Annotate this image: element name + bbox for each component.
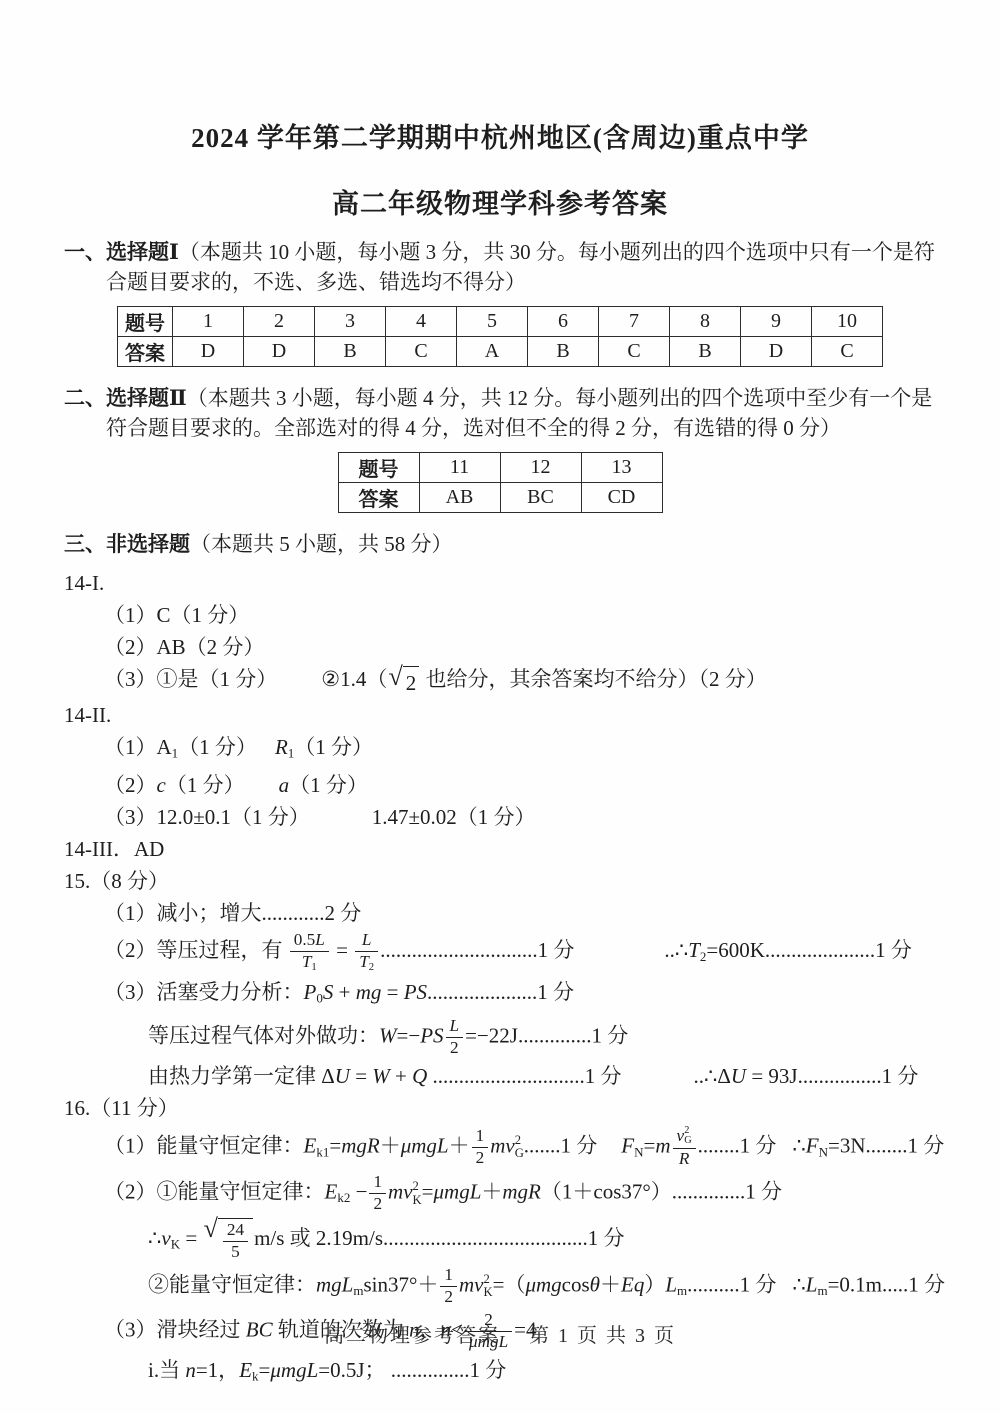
math-variable: F <box>806 1133 819 1157</box>
text-run: 2 <box>476 1148 485 1167</box>
math-variable: W <box>379 1023 397 1047</box>
text-run: 15.（8 分） <box>64 869 169 893</box>
line-16: 16.（11 分） <box>64 1094 936 1122</box>
square-root: √2 <box>388 666 419 697</box>
subscript: 2 <box>369 961 374 973</box>
line-16-3i: i.当 n=1，Ek=μmgL=0.5J； ...............1 分 <box>148 1356 936 1391</box>
text-run: 14-II. <box>64 703 111 727</box>
math-variable: L <box>806 1272 818 1296</box>
line-15-3: （3）活塞受力分析：P0S + mg = PS.................… <box>104 978 936 1013</box>
answer-lines: 14-I.（1）C（1 分）（2）AB（2 分）（3）①是（1 分）②1.4（√… <box>64 569 936 1390</box>
line-14-I-3: （3）①是（1 分）②1.4（√2 也给分，其余答案均不给分）（2 分） <box>104 665 936 697</box>
section1-label: 一、 <box>64 240 106 264</box>
table-cell: D <box>173 337 244 367</box>
numerator: L <box>355 931 378 952</box>
text-run: ＋ <box>380 1133 401 1157</box>
math-variable: c <box>157 773 166 797</box>
math-variable: θ <box>590 1272 600 1296</box>
math-variable: v <box>161 1226 170 1250</box>
text-run: 2 <box>406 671 417 695</box>
answer-table-1: 题号12345678910答案DDBCABCBDC <box>117 306 883 367</box>
table-cell: 4 <box>386 307 457 337</box>
exam-answer-page: 2024 学年第二学期期中杭州地区(含周边)重点中学 高二年级物理学科参考答案 … <box>0 0 1000 1414</box>
table-cell: 10 <box>812 307 883 337</box>
text-run: ..........1 分 <box>687 1272 776 1296</box>
question-number-row: 题号111213 <box>338 453 662 483</box>
text-run: =0.5J； ...............1 分 <box>318 1358 506 1382</box>
math-variable: mgL <box>316 1272 353 1296</box>
text-run: 1.47±0.02（1 分） <box>372 805 536 829</box>
text-run: ..∴ <box>664 938 688 962</box>
subscript: k1 <box>316 1144 329 1159</box>
math-variable: R <box>679 1149 690 1168</box>
text-run: ＋ <box>481 1179 502 1203</box>
math-variable: μmg <box>525 1272 561 1296</box>
table-cell: C <box>599 337 670 367</box>
text-run: （1）C（1 分） <box>104 603 249 627</box>
section1-desc: （本题共 10 小题，每小题 3 分，共 30 分。每小题列出的四个选项中只有一… <box>106 240 935 294</box>
line-14-I-1: （1）C（1 分） <box>104 601 936 629</box>
table-cell: 3 <box>315 307 386 337</box>
math-variable: L <box>315 930 325 949</box>
answer-table-2: 题号111213答案ABBCCD <box>338 452 663 513</box>
spacer <box>597 1151 621 1152</box>
table-cell: AB <box>419 483 500 513</box>
math-variable: E <box>325 1179 338 1203</box>
table-cell: 6 <box>528 307 599 337</box>
text-run: ＋ <box>449 1133 470 1157</box>
text-run: （1）能量守恒定律： <box>104 1133 304 1157</box>
sup-sub-stack: 2G <box>515 1134 524 1160</box>
text-run: =− <box>397 1023 421 1047</box>
subscript: m <box>353 1283 363 1298</box>
line-15-3b: 等压过程气体对外做功：W=−PSL2=−22J..............1 分 <box>148 1017 936 1058</box>
subscript: K <box>413 1194 422 1207</box>
denominator: 2 <box>446 1038 464 1058</box>
text-run: ） <box>644 1272 665 1296</box>
square-root: √245 <box>203 1218 253 1262</box>
text-run: =（ <box>493 1272 526 1296</box>
spacer <box>277 685 321 686</box>
table-cell: CD <box>581 483 662 513</box>
subscript: K <box>171 1236 180 1251</box>
line-16-2a: （2）①能量守恒定律：Ek2 −12mv2K=μmgL＋mgR（1＋cos37°… <box>104 1173 936 1214</box>
text-run: （1）减小；增大............2 分 <box>104 901 361 925</box>
math-variable: U <box>335 1064 350 1088</box>
text-run: = <box>422 1179 434 1203</box>
text-run: 16.（11 分） <box>64 1096 179 1120</box>
text-run: （3）12.0±0.1（1 分） <box>104 805 310 829</box>
math-variable: F <box>621 1133 634 1157</box>
numerator: 0.5L <box>290 931 329 952</box>
numerator: L <box>446 1017 464 1038</box>
math-variable: mgR <box>502 1179 541 1203</box>
subscript: G <box>684 1136 691 1147</box>
question-number-row: 题号12345678910 <box>118 307 883 337</box>
answer-row: 答案ABBCCD <box>338 483 662 513</box>
text-run: .............................1 分 <box>427 1064 621 1088</box>
page-subtitle: 高二年级物理学科参考答案 <box>64 182 936 221</box>
fraction: 12 <box>472 1127 489 1168</box>
math-variable: S <box>323 980 334 1004</box>
math-variable: L <box>450 1016 460 1035</box>
section3-heading: 三、非选择题（本题共 5 小题，共 58 分） <box>64 529 936 559</box>
text-run: =0.1m.....1 分 <box>828 1272 945 1296</box>
table-cell: B <box>315 337 386 367</box>
text-run: ②1.4（ <box>321 667 387 691</box>
math-variable: Q <box>412 1064 427 1088</box>
text-run: .....................1 分 <box>427 980 574 1004</box>
fraction: 0.5LT1 <box>290 931 329 974</box>
text-run: （1）A <box>104 735 172 759</box>
table-cell: 7 <box>599 307 670 337</box>
text-run: （1＋cos37°）..............1 分 <box>541 1179 782 1203</box>
math-variable: R <box>275 735 288 759</box>
denominator: 2 <box>440 1287 457 1307</box>
text-run: = <box>259 1358 271 1382</box>
text-run: m/s 或 2.19m/s...........................… <box>254 1226 624 1250</box>
numerator: 1 <box>472 1127 489 1148</box>
section1-heading: 一、选择题Ⅰ（本题共 10 小题，每小题 3 分，共 30 分。每小题列出的四个… <box>64 237 936 297</box>
math-variable: U <box>731 1064 746 1088</box>
table-cell: 5 <box>457 307 528 337</box>
text-run: 0.5 <box>294 930 316 949</box>
row-header-cell: 答案 <box>338 483 419 513</box>
math-variable: mv <box>388 1179 413 1203</box>
line-14-II-1: （1）A1（1 分）R1（1 分） <box>104 733 936 768</box>
text-run: + <box>390 1064 412 1088</box>
math-variable: L <box>362 930 372 949</box>
denominator: T1 <box>290 952 329 974</box>
page-footer: 高二物理参考答案 第 1 页 共 3 页 <box>0 1319 1000 1348</box>
spacer <box>776 1151 792 1152</box>
line-15-2: （2）等压过程，有 0.5LT1 = LT2..................… <box>104 931 936 974</box>
section2-heading: 二、选择题Ⅱ（本题共 3 小题，每小题 4 分，共 12 分。每小题列出的四个选… <box>64 383 936 443</box>
text-run: ∴ <box>792 1272 805 1296</box>
text-run: = 93J................1 分 <box>746 1064 918 1088</box>
text-run: （2）等压过程，有 <box>104 938 288 962</box>
text-run: − <box>350 1179 367 1203</box>
text-run: ∴ <box>792 1133 805 1157</box>
line-14-I: 14-I. <box>64 569 936 597</box>
numerator: v2G <box>673 1126 696 1150</box>
table-cell: D <box>741 337 812 367</box>
math-variable: mv <box>490 1133 515 1157</box>
spacer <box>257 753 275 754</box>
math-variable: PS <box>404 980 427 1004</box>
section2-title: 选择题Ⅱ <box>106 386 187 410</box>
text-run: = <box>381 980 403 1004</box>
math-variable: μmgL <box>401 1133 449 1157</box>
text-run: ＋ <box>600 1272 621 1296</box>
spacer <box>310 823 372 824</box>
math-variable: PS <box>420 1023 443 1047</box>
table-cell: C <box>812 337 883 367</box>
text-run: ..............................1 分 <box>380 938 574 962</box>
text-run: 由热力学第一定律 Δ <box>148 1064 335 1088</box>
spacer <box>622 1082 694 1083</box>
table-cell: BC <box>500 483 581 513</box>
table-cell: B <box>528 337 599 367</box>
table-cell: 11 <box>419 453 500 483</box>
sup-sub-stack: 2G <box>684 1126 691 1148</box>
math-variable: Eq <box>621 1272 644 1296</box>
line-15: 15.（8 分） <box>64 867 936 895</box>
text-run: =600K.....................1 分 <box>706 938 912 962</box>
answer-row: 答案DDBCABCBDC <box>118 337 883 367</box>
text-run: （3）①是（1 分） <box>104 667 277 691</box>
radical-icon: √ <box>203 1216 217 1242</box>
text-run: 1 <box>476 1126 485 1145</box>
math-variable: E <box>304 1133 317 1157</box>
numerator: 1 <box>369 1173 386 1194</box>
subscript: m <box>677 1283 687 1298</box>
text-run: （1 分） <box>289 773 368 797</box>
text-run: = <box>329 1133 341 1157</box>
section2-desc: （本题共 3 小题，每小题 4 分，共 12 分。每小题列出的四个选项中至少有一… <box>106 386 932 440</box>
text-run: 2 <box>450 1038 459 1057</box>
math-variable: mv <box>459 1272 484 1296</box>
fraction: LT2 <box>355 931 378 974</box>
text-run: = <box>350 1064 372 1088</box>
math-variable: P <box>304 980 317 1004</box>
text-run: （2）①能量守恒定律： <box>104 1179 325 1203</box>
table-cell: 1 <box>173 307 244 337</box>
subscript: m <box>817 1283 827 1298</box>
table-cell: 2 <box>244 307 315 337</box>
text-run: 等压过程气体对外做功： <box>148 1023 379 1047</box>
sup-sub-stack: 2K <box>484 1273 493 1299</box>
subscript: k2 <box>337 1190 350 1205</box>
line-16-2c: ②能量守恒定律：mgLmsin37°＋12mv2K=（μmgcosθ＋Eq）Lm… <box>148 1266 936 1307</box>
math-variable: n <box>185 1358 196 1382</box>
subscript: K <box>484 1286 493 1299</box>
line-14-II: 14-II. <box>64 701 936 729</box>
denominator: 2 <box>369 1194 386 1214</box>
text-run: ........1 分 <box>698 1133 777 1157</box>
table-cell: D <box>244 337 315 367</box>
text-run: ②能量守恒定律： <box>148 1272 316 1296</box>
subscript: 1 <box>311 961 316 973</box>
line-15-3c: 由热力学第一定律 ΔU = W + Q ....................… <box>148 1062 936 1090</box>
radicand: 2 <box>403 666 420 697</box>
line-14-II-3: （3）12.0±0.1（1 分）1.47±0.02（1 分） <box>104 803 936 831</box>
subscript: N <box>819 1144 828 1159</box>
text-run: （3）活塞受力分析： <box>104 980 304 1004</box>
text-run: i.当 <box>148 1358 185 1382</box>
math-variable: E <box>239 1358 252 1382</box>
text-run: = <box>644 1133 656 1157</box>
math-variable: W <box>372 1064 390 1088</box>
denominator: 5 <box>223 1242 248 1262</box>
section1-title: 选择题Ⅰ <box>106 240 179 264</box>
line-14-III: 14-III．AD <box>64 835 936 863</box>
denominator: T2 <box>355 952 378 974</box>
text-run: （1 分） <box>294 735 373 759</box>
math-variable: v <box>677 1125 685 1144</box>
table-cell: A <box>457 337 528 367</box>
row-header-cell: 答案 <box>118 337 173 367</box>
section3-label: 三、 <box>64 532 106 556</box>
math-variable: μmgL <box>434 1179 482 1203</box>
table-cell: 8 <box>670 307 741 337</box>
sup-sub-stack: 2K <box>413 1180 422 1206</box>
text-run: 2 <box>373 1194 382 1213</box>
math-variable: mgR <box>341 1133 380 1157</box>
text-run: ..∴Δ <box>694 1064 731 1088</box>
text-run: = <box>331 938 353 962</box>
math-variable: T <box>359 952 369 971</box>
text-run: 14-III．AD <box>64 837 164 861</box>
line-14-I-2: （2）AB（2 分） <box>104 633 936 661</box>
text-run: 2 <box>444 1287 453 1306</box>
subscript: G <box>515 1147 524 1160</box>
page-title: 2024 学年第二学期期中杭州地区(含周边)重点中学 <box>64 116 936 155</box>
row-header-cell: 题号 <box>118 307 173 337</box>
math-variable: T <box>302 952 312 971</box>
math-variable: m <box>655 1133 670 1157</box>
math-variable: T <box>688 938 700 962</box>
section3-desc: （本题共 5 小题，共 58 分） <box>190 532 453 556</box>
table-cell: B <box>670 337 741 367</box>
numerator: 1 <box>440 1266 457 1287</box>
section3-title: 非选择题 <box>106 532 190 556</box>
math-variable: a <box>279 773 290 797</box>
fraction: 12 <box>369 1173 386 1214</box>
text-run: = <box>180 1226 202 1250</box>
denominator: 2 <box>472 1148 489 1168</box>
text-run: 1 <box>373 1172 382 1191</box>
text-run: （2） <box>104 773 157 797</box>
text-run: 5 <box>231 1242 240 1261</box>
spacer <box>776 1290 792 1291</box>
line-16-1: （1）能量守恒定律：Ek1=mgR＋μmgL＋12mv2G.......1 分F… <box>104 1126 936 1170</box>
text-run: + <box>333 980 355 1004</box>
radical-icon: √ <box>388 664 402 690</box>
text-run: 也给分，其余答案均不给分）（2 分） <box>420 667 767 691</box>
section2-label: 二、 <box>64 386 106 410</box>
math-variable: L <box>665 1272 677 1296</box>
numerator: 24 <box>223 1221 248 1242</box>
line-15-1: （1）减小；增大............2 分 <box>104 899 936 927</box>
text-run: cos <box>562 1272 590 1296</box>
text-run: ∴ <box>148 1226 161 1250</box>
text-run: sin37°＋ <box>363 1272 438 1296</box>
text-run: =3N........1 分 <box>828 1133 944 1157</box>
text-run: （1 分） <box>166 773 245 797</box>
table-cell: 9 <box>741 307 812 337</box>
radicand: 245 <box>218 1218 253 1262</box>
fraction: 245 <box>223 1221 248 1262</box>
superscript: 2 <box>413 1180 422 1193</box>
text-run: （2）AB（2 分） <box>104 635 264 659</box>
math-variable: mg <box>356 980 382 1004</box>
text-run: （1 分） <box>178 735 257 759</box>
fraction: L2 <box>446 1017 464 1058</box>
text-run: 24 <box>227 1220 244 1239</box>
text-run: 1 <box>444 1265 453 1284</box>
text-run: 14-I. <box>64 571 104 595</box>
line-14-II-2: （2）c（1 分）a（1 分） <box>104 771 936 799</box>
spacer <box>574 956 664 957</box>
text-run: .......1 分 <box>524 1133 598 1157</box>
subscript: N <box>634 1144 643 1159</box>
table-cell: C <box>386 337 457 367</box>
row-header-cell: 题号 <box>338 453 419 483</box>
text-run: =1， <box>196 1358 239 1382</box>
table-cell: 13 <box>581 453 662 483</box>
table-cell: 12 <box>500 453 581 483</box>
fraction: 12 <box>440 1266 457 1307</box>
math-variable: μmgL <box>270 1358 318 1382</box>
fraction: v2GR <box>673 1126 696 1170</box>
line-16-2b: ∴vK = √245m/s 或 2.19m/s.................… <box>148 1218 936 1262</box>
spacer <box>245 791 279 792</box>
denominator: R <box>673 1149 696 1169</box>
text-run: =−22J..............1 分 <box>465 1023 628 1047</box>
